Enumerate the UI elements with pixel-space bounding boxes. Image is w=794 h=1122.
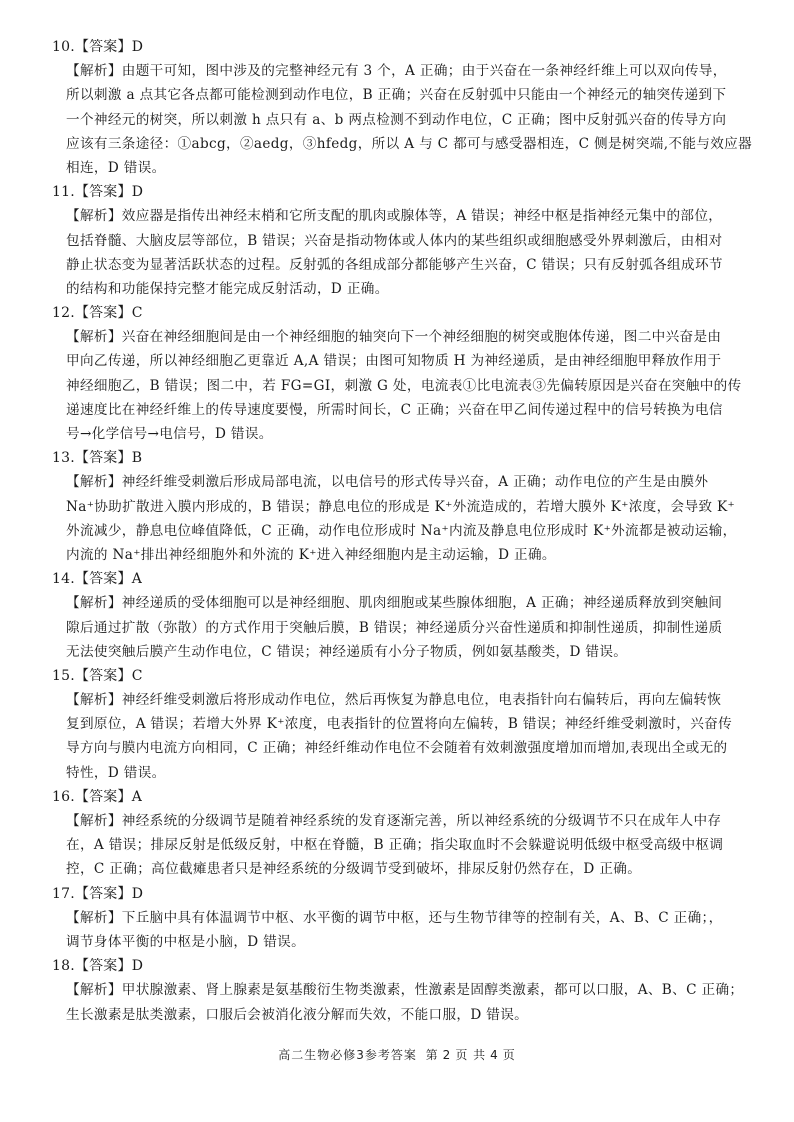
page-footer: 高二生物必修3参考答案 第2页 共4页 xyxy=(0,1046,794,1063)
answer-value: D xyxy=(132,886,143,902)
analysis-line: 隙后通过扩散（弥散）的方式作用于突触后膜，B 错误；神经递质分兴奋性递质和抑制性… xyxy=(66,616,742,640)
answer-heading: 15.【答案】C xyxy=(52,664,742,688)
analysis-line: 【解析】兴奋在神经细胞间是由一个神经细胞的轴突向下一个神经细胞的树突或胞体传递，… xyxy=(66,325,742,349)
question-number: 12. xyxy=(52,305,75,321)
answer-list: 10.【答案】D 【解析】由题干可知，图中涉及的完整神经元有 3 个，A 正确；… xyxy=(52,35,742,1027)
analysis-label: 【解析】 xyxy=(66,982,122,998)
footer-page-mid: 页 共 xyxy=(455,1048,486,1062)
analysis-line: 包括脊髓、大脑皮层等部位，B 错误；兴奋是指动物体或人体内的某些组织或细胞感受外… xyxy=(66,229,742,253)
answer-label: 【答案】 xyxy=(75,184,132,200)
analysis-label: 【解析】 xyxy=(66,910,122,926)
answer-value: D xyxy=(132,958,143,974)
analysis-label: 【解析】 xyxy=(66,813,122,829)
analysis-line: 神经细胞乙，B 错误；图二中，若 FG=GI，刺激 G 处，电流表①比电流表③先… xyxy=(66,374,742,398)
answer-value: C xyxy=(132,305,143,321)
document-page: 10.【答案】D 【解析】由题干可知，图中涉及的完整神经元有 3 个，A 正确；… xyxy=(0,0,794,1122)
answer-value: A xyxy=(132,571,142,587)
analysis-line: 特性，D 错误。 xyxy=(66,761,742,785)
footer-page-prefix: 第 xyxy=(426,1048,439,1062)
answer-label: 【答案】 xyxy=(75,668,132,684)
answer-item-15: 15.【答案】C 【解析】神经纤维受刺激后将形成动作电位，然后再恢复为静息电位，… xyxy=(52,664,742,785)
question-number: 18. xyxy=(52,958,75,974)
analysis-line: 一个神经元的树突，所以刺激 h 点只有 a、b 两点检测不到动作电位，C 正确；… xyxy=(66,108,742,132)
analysis-line: 【解析】甲状腺激素、肾上腺素是氨基酸衍生物类激素，性激素是固醇类激素，都可以口服… xyxy=(66,978,742,1002)
question-number: 11. xyxy=(52,184,75,200)
answer-value: A xyxy=(132,789,142,805)
footer-page-total: 4 xyxy=(490,1048,499,1062)
footer-title: 高二生物必修3参考答案 xyxy=(278,1048,417,1062)
answer-item-18: 18.【答案】D 【解析】甲状腺激素、肾上腺素是氨基酸衍生物类激素，性激素是固醇… xyxy=(52,954,742,1027)
analysis-label: 【解析】 xyxy=(66,595,122,611)
analysis-text: 【解析】神经纤维受刺激后将形成动作电位，然后再恢复为静息电位，电表指针向右偏转后… xyxy=(52,688,742,785)
analysis-line: 内流的 Na⁺排出神经细胞外和外流的 K⁺进入神经细胞内是主动运输，D 正确。 xyxy=(66,543,742,567)
analysis-line: 号→化学信号→电信号，D 错误。 xyxy=(66,422,742,446)
analysis-line: 应该有三条途径：①abcg，②aedg，③hfedg，所以 A 与 C 都可与感… xyxy=(66,132,742,156)
analysis-line: 生长激素是肽类激素，口服后会被消化液分解而失效，不能口服，D 错误。 xyxy=(66,1003,742,1027)
answer-label: 【答案】 xyxy=(75,886,132,902)
answer-heading: 11.【答案】D xyxy=(52,180,742,204)
answer-heading: 10.【答案】D xyxy=(52,35,742,59)
analysis-line: 【解析】神经纤维受刺激后形成局部电流，以电信号的形式传导兴奋，A 正确；动作电位… xyxy=(66,470,742,494)
question-number: 15. xyxy=(52,668,75,684)
answer-item-12: 12.【答案】C 【解析】兴奋在神经细胞间是由一个神经细胞的轴突向下一个神经细胞… xyxy=(52,301,742,446)
answer-value: C xyxy=(132,668,143,684)
analysis-text: 【解析】下丘脑中具有体温调节中枢、水平衡的调节中枢，还与生物节律等的控制有关，A… xyxy=(52,906,742,954)
analysis-line: 无法使突触后膜产生动作电位，C 错误；神经递质有小分子物质，例如氨基酸类，D 错… xyxy=(66,640,742,664)
answer-label: 【答案】 xyxy=(75,789,132,805)
analysis-text: 【解析】效应器是指传出神经末梢和它所支配的肌肉或腺体等，A 错误；神经中枢是指神… xyxy=(52,204,742,301)
question-number: 16. xyxy=(52,789,75,805)
analysis-line: 控，C 正确；高位截瘫患者只是神经系统的分级调节受到破坏，排尿反射仍然存在，D … xyxy=(66,857,742,881)
analysis-text: 【解析】神经系统的分级调节是随着神经系统的发育逐渐完善，所以神经系统的分级调节不… xyxy=(52,809,742,882)
analysis-text: 【解析】兴奋在神经细胞间是由一个神经细胞的轴突向下一个神经细胞的树突或胞体传递，… xyxy=(52,325,742,446)
answer-item-13: 13.【答案】B 【解析】神经纤维受刺激后形成局部电流，以电信号的形式传导兴奋，… xyxy=(52,446,742,567)
answer-heading: 12.【答案】C xyxy=(52,301,742,325)
analysis-line: 复到原位，A 错误；若增大外界 K⁺浓度，电表指针的位置将向左偏转，B 错误；神… xyxy=(66,712,742,736)
footer-page-suffix: 页 xyxy=(503,1048,516,1062)
analysis-text: 【解析】神经递质的受体细胞可以是神经细胞、肌肉细胞或某些腺体细胞，A 正确；神经… xyxy=(52,591,742,664)
question-number: 14. xyxy=(52,571,75,587)
analysis-line: 【解析】由题干可知，图中涉及的完整神经元有 3 个，A 正确；由于兴奋在一条神经… xyxy=(66,59,742,83)
question-number: 10. xyxy=(52,39,75,55)
answer-value: B xyxy=(132,450,143,466)
answer-heading: 18.【答案】D xyxy=(52,954,742,978)
analysis-line: 的结构和功能保持完整才能完成反射活动，D 正确。 xyxy=(66,277,742,301)
answer-label: 【答案】 xyxy=(75,571,132,587)
analysis-line: 在，A 错误；排尿反射是低级反射，中枢在脊髓，B 正确；指尖取血时不会躲避说明低… xyxy=(66,833,742,857)
question-number: 13. xyxy=(52,450,75,466)
answer-value: D xyxy=(132,184,143,200)
analysis-text: 【解析】由题干可知，图中涉及的完整神经元有 3 个，A 正确；由于兴奋在一条神经… xyxy=(52,59,742,180)
footer-page-current: 2 xyxy=(443,1048,452,1062)
answer-label: 【答案】 xyxy=(75,450,132,466)
analysis-line: Na⁺协助扩散进入膜内形成的，B 错误；静息电位的形成是 K⁺外流造成的，若增大… xyxy=(66,495,742,519)
analysis-label: 【解析】 xyxy=(66,692,122,708)
analysis-label: 【解析】 xyxy=(66,208,122,224)
answer-label: 【答案】 xyxy=(75,958,132,974)
analysis-label: 【解析】 xyxy=(66,474,122,490)
analysis-line: 【解析】神经递质的受体细胞可以是神经细胞、肌肉细胞或某些腺体细胞，A 正确；神经… xyxy=(66,591,742,615)
analysis-line: 【解析】效应器是指传出神经末梢和它所支配的肌肉或腺体等，A 错误；神经中枢是指神… xyxy=(66,204,742,228)
answer-heading: 13.【答案】B xyxy=(52,446,742,470)
analysis-label: 【解析】 xyxy=(66,63,122,79)
analysis-line: 递速度比在神经纤维上的传导速度要慢，所需时间长，C 正确；兴奋在甲乙间传递过程中… xyxy=(66,398,742,422)
answer-heading: 16.【答案】A xyxy=(52,785,742,809)
analysis-line: 静止状态变为显著活跃状态的过程。反射弧的各组成部分都能够产生兴奋，C 错误；只有… xyxy=(66,253,742,277)
analysis-line: 所以刺激 a 点其它各点都可能检测到动作电位，B 正确；兴奋在反射弧中只能由一个… xyxy=(66,83,742,107)
analysis-line: 导方向与膜内电流方向相同，C 正确；神经纤维动作电位不会随着有效刺激强度增加而增… xyxy=(66,736,742,760)
answer-value: D xyxy=(132,39,143,55)
analysis-line: 相连，D 错误。 xyxy=(66,156,742,180)
analysis-label: 【解析】 xyxy=(66,329,122,345)
analysis-line: 外流减少，静息电位峰值降低，C 正确，动作电位形成时 Na⁺内流及静息电位形成时… xyxy=(66,519,742,543)
analysis-text: 【解析】神经纤维受刺激后形成局部电流，以电信号的形式传导兴奋，A 正确；动作电位… xyxy=(52,470,742,567)
answer-label: 【答案】 xyxy=(75,39,132,55)
analysis-line: 【解析】神经系统的分级调节是随着神经系统的发育逐渐完善，所以神经系统的分级调节不… xyxy=(66,809,742,833)
question-number: 17. xyxy=(52,886,75,902)
answer-heading: 17.【答案】D xyxy=(52,882,742,906)
analysis-line: 调节身体平衡的中枢是小脑，D 错误。 xyxy=(66,930,742,954)
analysis-line: 【解析】下丘脑中具有体温调节中枢、水平衡的调节中枢，还与生物节律等的控制有关，A… xyxy=(66,906,742,930)
answer-item-16: 16.【答案】A 【解析】神经系统的分级调节是随着神经系统的发育逐渐完善，所以神… xyxy=(52,785,742,882)
answer-item-10: 10.【答案】D 【解析】由题干可知，图中涉及的完整神经元有 3 个，A 正确；… xyxy=(52,35,742,180)
answer-item-11: 11.【答案】D 【解析】效应器是指传出神经末梢和它所支配的肌肉或腺体等，A 错… xyxy=(52,180,742,301)
answer-item-17: 17.【答案】D 【解析】下丘脑中具有体温调节中枢、水平衡的调节中枢，还与生物节… xyxy=(52,882,742,955)
answer-heading: 14.【答案】A xyxy=(52,567,742,591)
answer-label: 【答案】 xyxy=(75,305,132,321)
analysis-line: 甲向乙传递，所以神经细胞乙更靠近 A,A 错误；由图可知物质 H 为神经递质，是… xyxy=(66,349,742,373)
analysis-line: 【解析】神经纤维受刺激后将形成动作电位，然后再恢复为静息电位，电表指针向右偏转后… xyxy=(66,688,742,712)
answer-item-14: 14.【答案】A 【解析】神经递质的受体细胞可以是神经细胞、肌肉细胞或某些腺体细… xyxy=(52,567,742,664)
analysis-text: 【解析】甲状腺激素、肾上腺素是氨基酸衍生物类激素，性激素是固醇类激素，都可以口服… xyxy=(52,978,742,1026)
